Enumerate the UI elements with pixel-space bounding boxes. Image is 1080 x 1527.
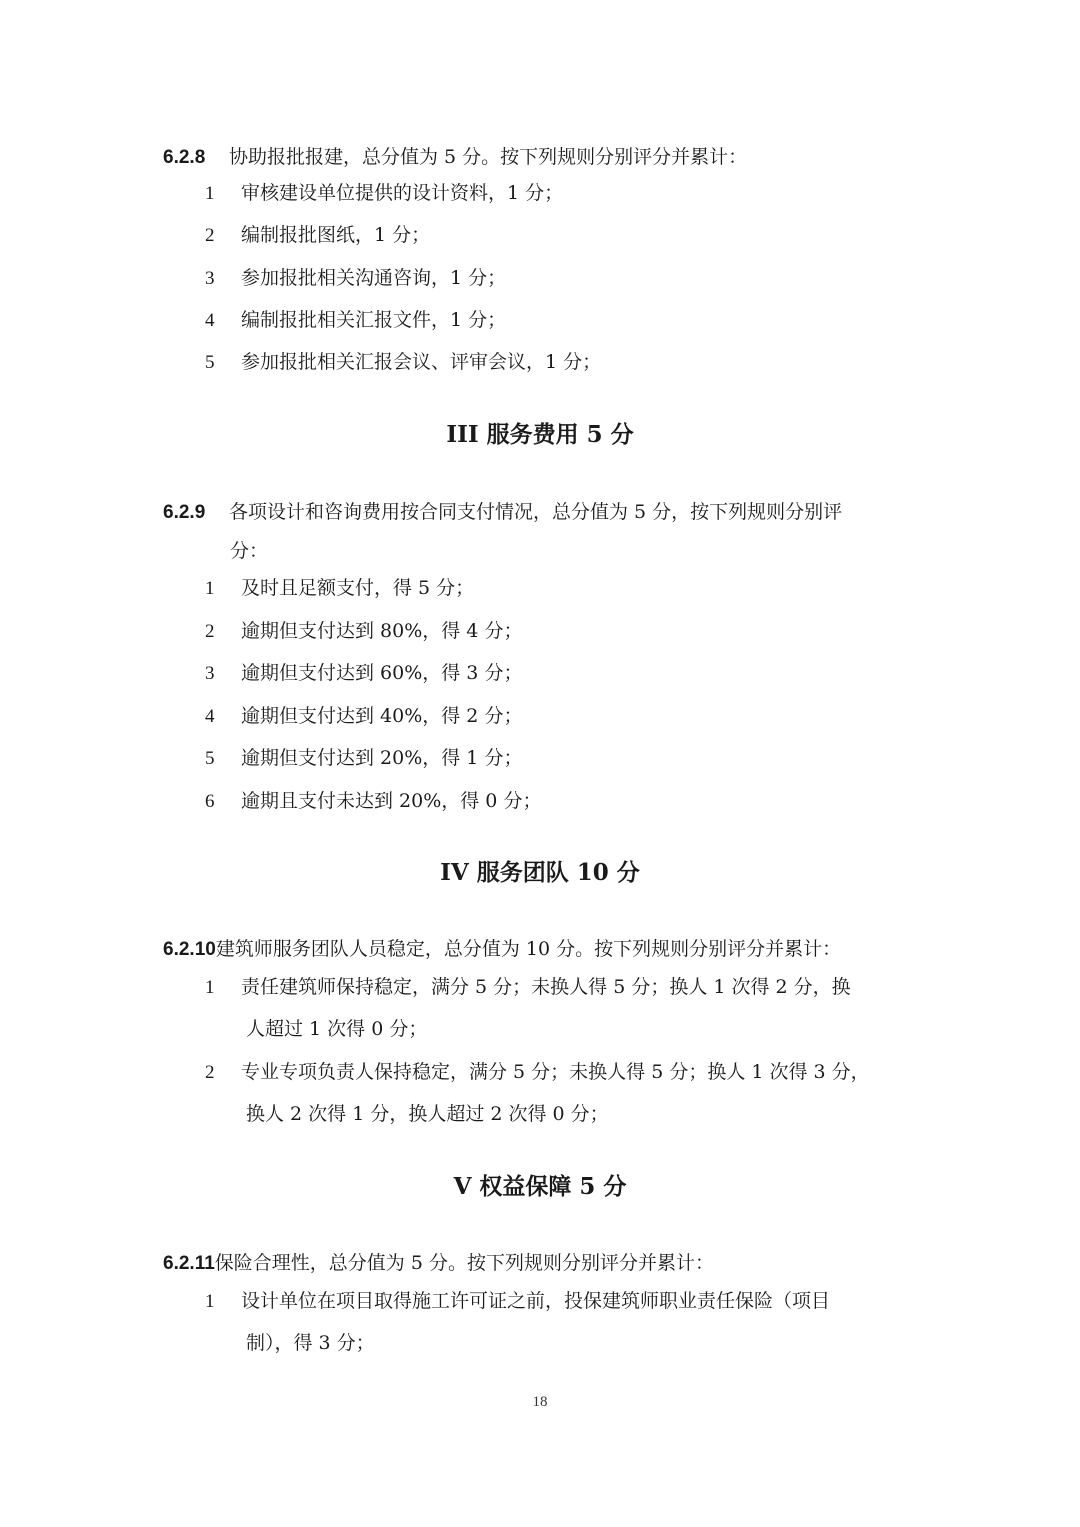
item-text: 逾期但支付达到 20%，得 1 分； bbox=[241, 747, 522, 769]
list-item: 1责任建筑师保持稳定，满分 5 分；未换人得 5 分；换人 1 次得 2 分，换 bbox=[205, 975, 925, 1000]
list-item: 1设计单位在项目取得施工许可证之前，投保建筑师职业责任保险（项目 bbox=[205, 1289, 925, 1314]
clause-number: 6.2.9 bbox=[163, 501, 229, 525]
clause-text: 建筑师服务团队人员稳定，总分值为 10 分。按下列规则分别评分并累计： bbox=[216, 938, 841, 960]
item-number: 6 bbox=[205, 790, 241, 814]
list-item: 2逾期但支付达到 80%，得 4 分； bbox=[205, 619, 925, 644]
item-number: 3 bbox=[205, 267, 241, 291]
list-item: 3参加报批相关沟通咨询，1 分； bbox=[205, 266, 925, 291]
item-number: 2 bbox=[205, 620, 241, 644]
list-item-continued: 制），得 3 分； bbox=[246, 1331, 375, 1355]
item-text: 专业专项负责人保持稳定，满分 5 分；未换人得 5 分；换人 1 次得 3 分， bbox=[241, 1061, 870, 1083]
list-item: 6逾期且支付未达到 20%，得 0 分； bbox=[205, 789, 925, 814]
list-item: 5参加报批相关汇报会议、评审会议，1 分； bbox=[205, 350, 925, 375]
clause-number: 6.2.8 bbox=[163, 146, 229, 170]
item-text: 逾期但支付达到 40%，得 2 分； bbox=[241, 705, 522, 727]
item-number: 2 bbox=[205, 224, 241, 248]
document-page: 6.2.8协助报批报建，总分值为 5 分。按下列规则分别评分并累计： 1审核建设… bbox=[0, 0, 1080, 1527]
list-item: 2专业专项负责人保持稳定，满分 5 分；未换人得 5 分；换人 1 次得 3 分… bbox=[205, 1060, 925, 1085]
item-text: 参加报批相关汇报会议、评审会议，1 分； bbox=[241, 351, 601, 373]
list-item: 4编制报批相关汇报文件，1 分； bbox=[205, 308, 925, 333]
item-number: 1 bbox=[205, 577, 241, 601]
item-text: 编制报批图纸，1 分； bbox=[241, 224, 430, 246]
clause-6-2-8: 6.2.8协助报批报建，总分值为 5 分。按下列规则分别评分并累计： bbox=[163, 145, 923, 170]
clause-number: 6.2.10 bbox=[163, 938, 216, 962]
section-heading-service-fee: III 服务费用 5 分 bbox=[0, 421, 1080, 449]
item-text: 逾期但支付达到 60%，得 3 分； bbox=[241, 662, 522, 684]
item-text: 参加报批相关沟通咨询，1 分； bbox=[241, 267, 506, 289]
item-number: 5 bbox=[205, 351, 241, 375]
clause-text: 各项设计和咨询费用按合同支付情况，总分值为 5 分，按下列规则分别评 bbox=[229, 501, 842, 523]
item-number: 1 bbox=[205, 1290, 241, 1314]
clause-6-2-11: 6.2.11保险合理性，总分值为 5 分。按下列规则分别评分并累计： bbox=[163, 1251, 923, 1276]
list-item: 1审核建设单位提供的设计资料，1 分； bbox=[205, 181, 925, 206]
page-number: 18 bbox=[0, 1394, 1080, 1411]
list-item: 3逾期但支付达到 60%，得 3 分； bbox=[205, 661, 925, 686]
item-number: 5 bbox=[205, 747, 241, 771]
item-number: 2 bbox=[205, 1061, 241, 1085]
clause-number: 6.2.11 bbox=[163, 1252, 215, 1276]
item-text: 设计单位在项目取得施工许可证之前，投保建筑师职业责任保险（项目 bbox=[241, 1290, 830, 1312]
list-item: 4逾期但支付达到 40%，得 2 分； bbox=[205, 704, 925, 729]
item-number: 4 bbox=[205, 309, 241, 333]
item-number: 1 bbox=[205, 976, 241, 1000]
list-item-continued: 人超过 1 次得 0 分； bbox=[246, 1017, 427, 1041]
list-item: 5逾期但支付达到 20%，得 1 分； bbox=[205, 746, 925, 771]
item-number: 1 bbox=[205, 182, 241, 206]
clause-text-continued: 分： bbox=[230, 539, 268, 563]
clause-text: 协助报批报建，总分值为 5 分。按下列规则分别评分并累计： bbox=[229, 146, 747, 168]
item-text: 逾期但支付达到 80%，得 4 分； bbox=[241, 620, 522, 642]
item-number: 3 bbox=[205, 662, 241, 686]
item-text: 及时且足额支付，得 5 分； bbox=[241, 577, 474, 599]
item-text: 逾期且支付未达到 20%，得 0 分； bbox=[241, 790, 541, 812]
clause-text: 保险合理性，总分值为 5 分。按下列规则分别评分并累计： bbox=[215, 1252, 714, 1274]
list-item-continued: 换人 2 次得 1 分，换人超过 2 次得 0 分； bbox=[246, 1102, 609, 1126]
section-heading-service-team: IV 服务团队 10 分 bbox=[0, 859, 1080, 887]
item-text: 审核建设单位提供的设计资料，1 分； bbox=[241, 182, 563, 204]
list-item: 2编制报批图纸，1 分； bbox=[205, 223, 925, 248]
clause-6-2-10: 6.2.10建筑师服务团队人员稳定，总分值为 10 分。按下列规则分别评分并累计… bbox=[163, 937, 923, 962]
item-text: 编制报批相关汇报文件，1 分； bbox=[241, 309, 506, 331]
clause-6-2-9: 6.2.9各项设计和咨询费用按合同支付情况，总分值为 5 分，按下列规则分别评 bbox=[163, 500, 923, 525]
section-heading-rights-protection: V 权益保障 5 分 bbox=[0, 1173, 1080, 1201]
item-number: 4 bbox=[205, 705, 241, 729]
list-item: 1及时且足额支付，得 5 分； bbox=[205, 576, 925, 601]
item-text: 责任建筑师保持稳定，满分 5 分；未换人得 5 分；换人 1 次得 2 分，换 bbox=[241, 976, 851, 998]
